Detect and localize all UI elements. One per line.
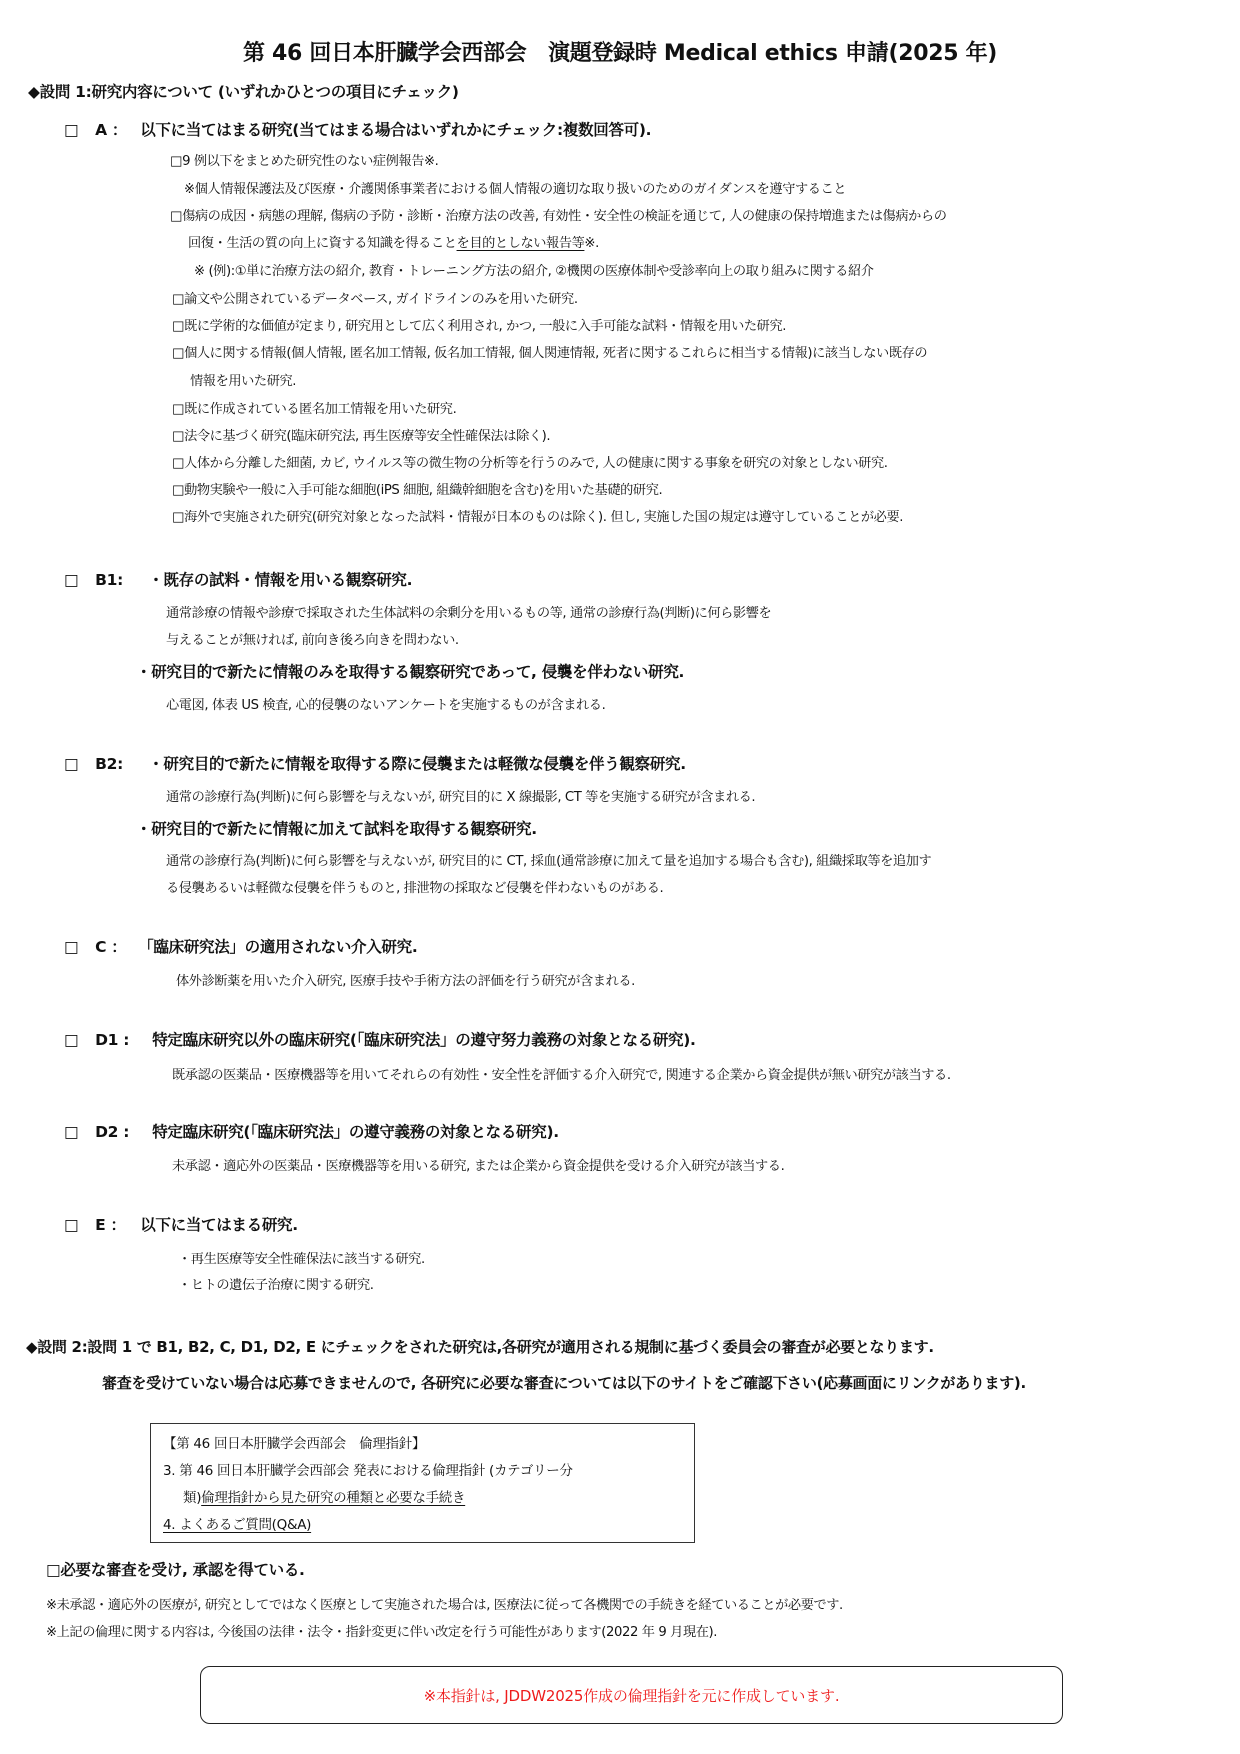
question-1-heading: ◆設問 1:研究内容について (いずれかひとつの項目にチェック) bbox=[28, 80, 459, 102]
a-item-5-cont: 情報を用いた研究. bbox=[190, 370, 296, 389]
a-item-1-text: 9 例以下をまとめた研究性のない症例報告※. bbox=[182, 154, 438, 169]
e-item-1: ・再生医療等安全性確保法に該当する研究. bbox=[178, 1248, 425, 1267]
category-b1-label: ・既存の試料・情報を用いる観察研究. bbox=[148, 571, 412, 589]
question-2-heading: ◆設問 2:設問 1 で B1, B2, C, D1, D2, E にチェックを… bbox=[26, 1336, 934, 1357]
category-b2-checkbox[interactable]: □ bbox=[64, 755, 90, 773]
category-c-checkbox[interactable]: □ bbox=[64, 938, 90, 956]
a-item-10-checkbox[interactable]: □ bbox=[172, 510, 184, 525]
category-e-label: 以下に当てはまる研究. bbox=[140, 1216, 298, 1234]
a-item-1-checkbox[interactable]: □ bbox=[170, 154, 182, 169]
a-item-9: □動物実験や一般に入手可能な細胞(iPS 細胞, 組織幹細胞を含む)を用いた基礎… bbox=[172, 479, 662, 498]
category-c-code: C ： bbox=[95, 935, 133, 957]
approval-label: 必要な審査を受け, 承認を得ている. bbox=[60, 1561, 304, 1579]
category-d2-label: 特定臨床研究(「臨床研究法」の遵守義務の対象となる研究). bbox=[152, 1123, 559, 1141]
d2-desc: 未承認・適応外の医薬品・医療機器等を用いる研究, または企業から資金提供を受ける… bbox=[172, 1155, 784, 1174]
category-a-checkbox[interactable]: □ bbox=[64, 121, 90, 139]
research-types-procedures-link[interactable]: 倫理指針から見た研究の種類と必要な手続き bbox=[201, 1490, 465, 1506]
a-item-9-checkbox[interactable]: □ bbox=[172, 483, 184, 498]
a-item-4: □既に学術的な価値が定まり, 研究用として広く利用され, かつ, 一般に入手可能… bbox=[172, 315, 786, 334]
b1-desc-1: 通常診療の情報や診療で採取された生体試料の余剰分を用いるもの等, 通常の診療行為… bbox=[166, 602, 771, 621]
category-b1-row: □ B1: ・既存の試料・情報を用いる観察研究. bbox=[64, 568, 412, 590]
a-item-2-cont: 回復・生活の質の向上に資する知識を得ることを目的としない報告等※. bbox=[188, 232, 599, 251]
a-item-5-checkbox[interactable]: □ bbox=[172, 346, 184, 361]
a-item-2-checkbox[interactable]: □ bbox=[170, 209, 182, 224]
a-item-3-text: 論文や公開されているデータベース, ガイドラインのみを用いた研究. bbox=[184, 292, 578, 307]
a-item-7-text: 法令に基づく研究(臨床研究法, 再生医療等安全性確保法は除く). bbox=[184, 429, 550, 444]
source-note-box: ※本指針は, JDDW2025作成の倫理指針を元に作成しています. bbox=[200, 1666, 1063, 1724]
category-a-label: 以下に当てはまる研究(当てはまる場合はいずれかにチェック:複数回答可). bbox=[140, 121, 651, 139]
linkbox-item-3-cont: 類)倫理指針から見た研究の種類と必要な手続き bbox=[183, 1486, 465, 1506]
a-item-7: □法令に基づく研究(臨床研究法, 再生医療等安全性確保法は除く). bbox=[172, 425, 550, 444]
faq-link[interactable]: 4. よくあるご質問(Q&A) bbox=[163, 1517, 311, 1533]
b2-desc-2: 通常の診療行為(判断)に何ら影響を与えないが, 研究目的に CT, 採血(通常診… bbox=[166, 850, 931, 869]
category-d1-row: □ D1 : 特定臨床研究以外の臨床研究(「臨床研究法」の遵守努力義務の対象とな… bbox=[64, 1028, 696, 1050]
category-d2-code: D2 : bbox=[95, 1123, 147, 1141]
a-item-1: □9 例以下をまとめた研究性のない症例報告※. bbox=[170, 150, 438, 169]
category-e-checkbox[interactable]: □ bbox=[64, 1216, 90, 1234]
page-title: 第 46 回日本肝臓学会西部会 演題登録時 Medical ethics 申請(… bbox=[0, 36, 1240, 67]
linkbox-title: 【第 46 回日本肝臓学会西部会 倫理指針】 bbox=[163, 1432, 425, 1452]
category-c-label: 「臨床研究法」の適用されない介入研究. bbox=[138, 938, 417, 956]
category-e-row: □ E ： 以下に当てはまる研究. bbox=[64, 1213, 298, 1235]
e-item-2: ・ヒトの遺伝子治療に関する研究. bbox=[178, 1274, 374, 1293]
a-item-5-text: 個人に関する情報(個人情報, 匿名加工情報, 仮名加工情報, 個人関連情報, 死… bbox=[184, 346, 927, 361]
c-desc: 体外診断薬を用いた介入研究, 医療手技や手術方法の評価を行う研究が含まれる. bbox=[176, 970, 635, 989]
approval-checkbox[interactable]: □ bbox=[46, 1561, 60, 1579]
b1-desc-2: 与えることが無ければ, 前向き後ろ向きを問わない. bbox=[166, 629, 459, 648]
b2-desc-3: る侵襲あるいは軽微な侵襲を伴うものと, 排泄物の採取など侵襲を伴わないものがある… bbox=[166, 877, 663, 896]
a-item-2: □傷病の成因・病態の理解, 傷病の予防・診断・治療方法の改善, 有効性・安全性の… bbox=[170, 205, 946, 224]
category-b2-code: B2: bbox=[95, 755, 143, 773]
a-item-3-checkbox[interactable]: □ bbox=[172, 292, 184, 307]
a-item-4-text: 既に学術的な価値が定まり, 研究用として広く利用され, かつ, 一般に入手可能な… bbox=[184, 319, 786, 334]
a-item-10: □海外で実施された研究(研究対象となった試料・情報が日本のものは除く). 但し,… bbox=[172, 506, 903, 525]
a-item-4-checkbox[interactable]: □ bbox=[172, 319, 184, 334]
a-item-8-text: 人体から分離した細菌, カビ, ウイルス等の微生物の分析等を行うのみで, 人の健… bbox=[184, 456, 888, 471]
linkbox-item-3-plain: 類) bbox=[183, 1490, 201, 1506]
a-item-1-note: ※個人情報保護法及び医療・介護関係事業者における個人情報の適切な取り扱いのための… bbox=[184, 178, 846, 197]
category-d1-code: D1 : bbox=[95, 1031, 147, 1049]
a-item-9-text: 動物実験や一般に入手可能な細胞(iPS 細胞, 組織幹細胞を含む)を用いた基礎的… bbox=[184, 483, 662, 498]
category-e-code: E ： bbox=[95, 1213, 135, 1235]
b2-subheading: ・研究目的で新たに情報に加えて試料を取得する観察研究. bbox=[136, 817, 537, 839]
b1-desc-3: 心電図, 体表 US 検査, 心的侵襲のないアンケートを実施するものが含まれる. bbox=[166, 694, 605, 713]
linkbox-item-4: 4. よくあるご質問(Q&A) bbox=[163, 1513, 311, 1533]
category-b2-label: ・研究目的で新たに情報を取得する際に侵襲または軽微な侵襲を伴う観察研究. bbox=[148, 755, 686, 773]
question-2-subline: 審査を受けていない場合は応募できませんので, 各研究に必要な審査については以下の… bbox=[102, 1372, 1026, 1393]
a-item-6-checkbox[interactable]: □ bbox=[172, 402, 184, 417]
a-item-2-underlined: を目的としない報告等 bbox=[457, 236, 585, 251]
a-item-6: □既に作成されている匿名加工情報を用いた研究. bbox=[172, 398, 456, 417]
category-b1-checkbox[interactable]: □ bbox=[64, 571, 90, 589]
d1-desc: 既承認の医薬品・医療機器等を用いてそれらの有効性・安全性を評価する介入研究で, … bbox=[172, 1064, 951, 1083]
a-item-10-text: 海外で実施された研究(研究対象となった試料・情報が日本のものは除く). 但し, … bbox=[184, 510, 903, 525]
category-d2-row: □ D2 : 特定臨床研究(「臨床研究法」の遵守義務の対象となる研究). bbox=[64, 1120, 559, 1142]
linkbox-item-3: 3. 第 46 回日本肝臓学会西部会 発表における倫理指針 (カテゴリー分 bbox=[163, 1459, 573, 1479]
category-d2-checkbox[interactable]: □ bbox=[64, 1123, 90, 1141]
category-c-row: □ C ： 「臨床研究法」の適用されない介入研究. bbox=[64, 935, 417, 957]
a-item-5: □個人に関する情報(個人情報, 匿名加工情報, 仮名加工情報, 個人関連情報, … bbox=[172, 342, 927, 361]
a-item-7-checkbox[interactable]: □ bbox=[172, 429, 184, 444]
a-item-8-checkbox[interactable]: □ bbox=[172, 456, 184, 471]
category-a-code: A ： bbox=[95, 118, 135, 140]
b1-subheading: ・研究目的で新たに情報のみを取得する観察研究であって, 侵襲を伴わない研究. bbox=[136, 660, 684, 682]
category-d1-checkbox[interactable]: □ bbox=[64, 1031, 90, 1049]
note-2: ※上記の倫理に関する内容は, 今後国の法律・法令・指針変更に伴い改定を行う可能性… bbox=[46, 1621, 717, 1640]
b2-desc-1: 通常の診療行為(判断)に何ら影響を与えないが, 研究目的に X 線撮影, CT … bbox=[166, 786, 755, 805]
ethics-guideline-links-box: 【第 46 回日本肝臓学会西部会 倫理指針】 3. 第 46 回日本肝臓学会西部… bbox=[150, 1423, 695, 1543]
category-b1-code: B1: bbox=[95, 571, 143, 589]
a-item-2-text: 傷病の成因・病態の理解, 傷病の予防・診断・治療方法の改善, 有効性・安全性の検… bbox=[182, 209, 946, 224]
a-item-6-text: 既に作成されている匿名加工情報を用いた研究. bbox=[184, 402, 456, 417]
approval-row: □必要な審査を受け, 承認を得ている. bbox=[46, 1558, 305, 1580]
category-b2-row: □ B2: ・研究目的で新たに情報を取得する際に侵襲または軽微な侵襲を伴う観察研… bbox=[64, 752, 686, 774]
a-item-2-example: ※ (例):①単に治療方法の紹介, 教育・トレーニング方法の紹介, ②機関の医療… bbox=[194, 260, 874, 279]
note-1: ※未承認・適応外の医療が, 研究としてではなく医療として実施された場合は, 医療… bbox=[46, 1594, 843, 1613]
a-item-8: □人体から分離した細菌, カビ, ウイルス等の微生物の分析等を行うのみで, 人の… bbox=[172, 452, 888, 471]
category-a-row: □ A ： 以下に当てはまる研究(当てはまる場合はいずれかにチェック:複数回答可… bbox=[64, 118, 651, 140]
a-item-3: □論文や公開されているデータベース, ガイドラインのみを用いた研究. bbox=[172, 288, 578, 307]
source-note-text: ※本指針は, JDDW2025作成の倫理指針を元に作成しています. bbox=[424, 1685, 840, 1706]
category-d1-label: 特定臨床研究以外の臨床研究(「臨床研究法」の遵守努力義務の対象となる研究). bbox=[152, 1031, 695, 1049]
